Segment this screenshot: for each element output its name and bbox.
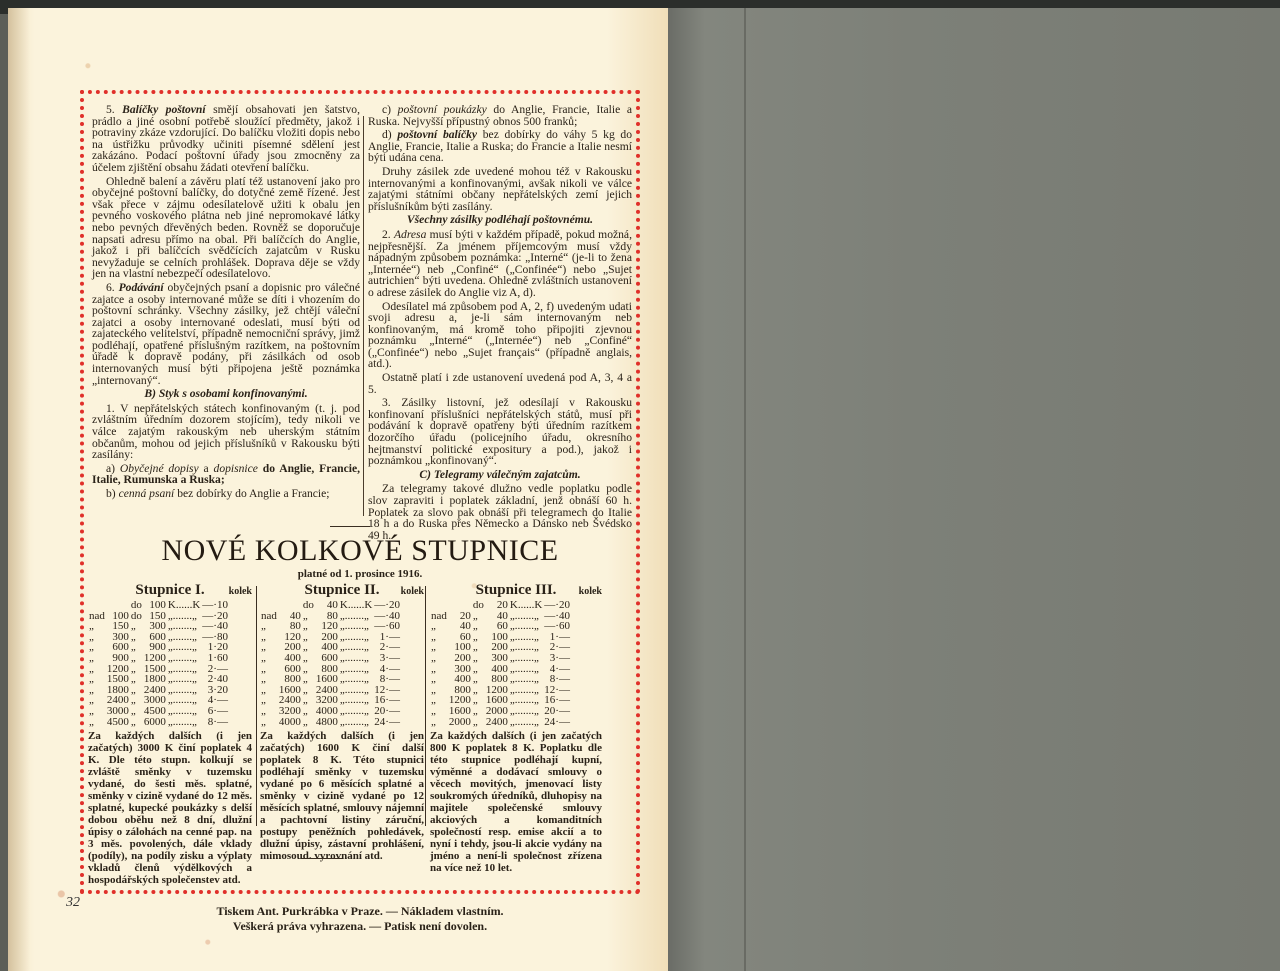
leader: „.......„ xyxy=(167,717,201,728)
imprint-line-1: Tiskem Ant. Purkrábka v Praze. — Náklade… xyxy=(80,904,640,919)
item-a: a) Obyčejné dopisy a dopisnice do Anglie… xyxy=(92,463,360,486)
left-text-column: 5. Balíčky poštovní smějí obsahovati jen… xyxy=(92,104,360,502)
from-value: 1600 xyxy=(448,706,472,717)
to-value: 20 xyxy=(485,600,509,611)
scale-row: „4500„6000„.......„8·— xyxy=(88,717,229,728)
paragraph-3: 3. Zásilky listovní, jež odesílají v Rak… xyxy=(368,397,632,467)
stamp-fee: 3·— xyxy=(543,653,571,664)
scale-note: Za každých dalších (i jen začatých 800 K… xyxy=(430,730,602,874)
scale-row: „4000„4800„.......„24·— xyxy=(260,717,401,728)
imprint-line-2: Veškerá práva vyhrazena. — Patisk není d… xyxy=(80,919,640,934)
page-number: 32 xyxy=(66,895,80,911)
stamp-fee: 24·— xyxy=(373,717,401,728)
prefix: „ xyxy=(430,717,448,728)
scale-divider-1 xyxy=(256,586,257,826)
prefix: „ xyxy=(430,706,448,717)
leader: „.......„ xyxy=(509,653,543,664)
prefix: „ xyxy=(88,653,106,664)
scales-title: NOVÉ KOLKOVÉ STUPNICE xyxy=(80,534,640,568)
page-edge-shade xyxy=(8,8,30,971)
from-value: 900 xyxy=(106,653,130,664)
scale-table: do20K......K—·20nad20„40„.......„—·40„40… xyxy=(430,600,571,727)
to-value: 4800 xyxy=(315,717,339,728)
to-value: 6000 xyxy=(143,717,167,728)
separator-rule-top xyxy=(330,526,370,527)
scale-row: „1600„2000„.......„20·— xyxy=(430,706,571,717)
stamp-fee: —·10 xyxy=(201,600,229,611)
prefix: „ xyxy=(430,653,448,664)
section-b-heading: B) Styk s osobami konfinovanými. xyxy=(92,388,360,400)
to-prefix: „ xyxy=(302,717,315,728)
paragraph-other: Ostatně platí i zde ustanovení uvedená p… xyxy=(368,372,632,395)
to-prefix: „ xyxy=(130,717,143,728)
scales-subtitle: platné od 1. prosince 1916. xyxy=(80,568,640,580)
paragraph-telegrams: Za telegramy takové dlužno vedle poplatk… xyxy=(368,483,632,541)
stamp-fee: 8·— xyxy=(201,717,229,728)
kolek-label: kolek xyxy=(401,586,424,597)
from-value: 4500 xyxy=(106,717,130,728)
to-value: 2000 xyxy=(485,706,509,717)
to-prefix: do xyxy=(302,600,315,611)
stamp-fee: 6·— xyxy=(201,706,229,717)
item-b: b) cenná psaní bez dobírky do Anglie a F… xyxy=(92,488,360,500)
to-prefix: „ xyxy=(130,653,143,664)
to-value: 100 xyxy=(143,600,167,611)
from-value xyxy=(448,600,472,611)
scale-note: Za každých dalších (i jen začatých) 3000… xyxy=(88,730,252,886)
right-cover-board xyxy=(668,8,1280,971)
to-prefix: „ xyxy=(472,717,485,728)
to-value: 300 xyxy=(485,653,509,664)
scale-row: „400„600„.......„3·— xyxy=(260,653,401,664)
prefix: „ xyxy=(260,717,278,728)
to-value: 4500 xyxy=(143,706,167,717)
imprint-footer: Tiskem Ant. Purkrábka v Praze. — Náklade… xyxy=(80,904,640,934)
leader: „.......„ xyxy=(167,653,201,664)
to-prefix: do xyxy=(130,600,143,611)
paragraph-2-address: 2. Adresa musí býti v každém případě, po… xyxy=(368,229,632,299)
to-prefix: „ xyxy=(130,706,143,717)
from-value: 4000 xyxy=(278,717,302,728)
leader: „.......„ xyxy=(339,653,373,664)
stamp-scale-1: Stupnice I. kolek do100K......K—·10nad10… xyxy=(88,582,252,886)
prefix xyxy=(260,600,278,611)
stamp-fee: —·20 xyxy=(373,600,401,611)
scale-heading: Stupnice I. xyxy=(135,582,204,598)
prefix xyxy=(88,600,106,611)
from-value xyxy=(278,600,302,611)
from-value: 3200 xyxy=(278,706,302,717)
stamp-fee: 3·— xyxy=(373,653,401,664)
to-prefix: „ xyxy=(472,706,485,717)
separator-rule-bottom xyxy=(302,858,342,859)
stamp-scale-3: Stupnice III. kolek do20K......K—·20nad2… xyxy=(430,582,602,874)
item-c: c) poštovní poukázky do Anglie, Francie,… xyxy=(368,104,632,127)
scale-row: „2000„2400„.......„24·— xyxy=(430,717,571,728)
stamp-fee: 20·— xyxy=(543,706,571,717)
scale-row: „200„300„.......„3·— xyxy=(430,653,571,664)
section-c-heading: C) Telegramy válečným zajatcům. xyxy=(368,469,632,481)
from-value: 2000 xyxy=(448,717,472,728)
scale-row: „3000„4500„.......„6·— xyxy=(88,706,229,717)
kolek-label: kolek xyxy=(229,586,252,597)
prefix: „ xyxy=(260,706,278,717)
paragraph-6: 6. Podávání obyčejných psaní a dopisnic … xyxy=(92,282,360,386)
leader: K......K xyxy=(167,600,201,611)
prefix xyxy=(430,600,448,611)
to-value: 600 xyxy=(315,653,339,664)
stamp-scale-2: Stupnice II. kolek do40K......K—·20nad40… xyxy=(260,582,424,862)
prefix: „ xyxy=(260,653,278,664)
item-d: d) poštovní balíčky bez dobírky do váhy … xyxy=(368,129,632,164)
from-value: 3000 xyxy=(106,706,130,717)
paragraph-b1: 1. V nepřátelských státech konfinovaným … xyxy=(92,403,360,461)
leader: K......K xyxy=(509,600,543,611)
prefix: „ xyxy=(88,717,106,728)
scale-row: „900„1200„.......„1·60 xyxy=(88,653,229,664)
right-text-column: c) poštovní poukázky do Anglie, Francie,… xyxy=(368,104,632,543)
to-value: 1200 xyxy=(143,653,167,664)
scale-divider-2 xyxy=(425,586,426,826)
leader: K......K xyxy=(339,600,373,611)
from-value xyxy=(106,600,130,611)
kolek-label: kolek xyxy=(579,586,602,597)
to-prefix: „ xyxy=(472,653,485,664)
paragraph-sender: Odesílatel má způsobem pod A, 2, f) uved… xyxy=(368,301,632,371)
scale-row: do100K......K—·10 xyxy=(88,600,229,611)
stamp-fee: 24·— xyxy=(543,717,571,728)
stamp-fee: 20·— xyxy=(373,706,401,717)
to-value: 4000 xyxy=(315,706,339,717)
from-value: 400 xyxy=(278,653,302,664)
scale-heading: Stupnice III. xyxy=(476,582,557,598)
scale-table: do100K......K—·10nad100do150„.......„—·2… xyxy=(88,600,229,727)
leader: „.......„ xyxy=(167,706,201,717)
prefix: „ xyxy=(88,706,106,717)
scale-note: Za každých dalších (i jen začatých) 1600… xyxy=(260,730,424,862)
leader: „.......„ xyxy=(339,706,373,717)
leader: „.......„ xyxy=(509,706,543,717)
scale-row: do20K......K—·20 xyxy=(430,600,571,611)
cover-fold-line xyxy=(744,8,746,971)
to-prefix: „ xyxy=(302,706,315,717)
to-prefix: do xyxy=(472,600,485,611)
scale-heading: Stupnice II. xyxy=(304,582,379,598)
stamp-fee: 1·60 xyxy=(201,653,229,664)
column-divider xyxy=(363,116,364,516)
postage-note: Všechny zásilky podléhají poštovnému. xyxy=(368,214,632,226)
to-value: 40 xyxy=(315,600,339,611)
leader: „.......„ xyxy=(509,717,543,728)
paragraph-5: 5. Balíčky poštovní smějí obsahovati jen… xyxy=(92,104,360,174)
paragraph-types: Druhy zásilek zde uvedené mohou též v Ra… xyxy=(368,166,632,212)
paragraph-packing: Ohledně balení a závěru platí též ustano… xyxy=(92,176,360,280)
from-value: 200 xyxy=(448,653,472,664)
leader: „.......„ xyxy=(339,717,373,728)
to-prefix: „ xyxy=(302,653,315,664)
scale-table: do40K......K—·20nad40„80„.......„—·40„80… xyxy=(260,600,401,727)
scale-row: „3200„4000„.......„20·— xyxy=(260,706,401,717)
to-value: 2400 xyxy=(485,717,509,728)
scale-row: do40K......K—·20 xyxy=(260,600,401,611)
stamp-fee: —·20 xyxy=(543,600,571,611)
